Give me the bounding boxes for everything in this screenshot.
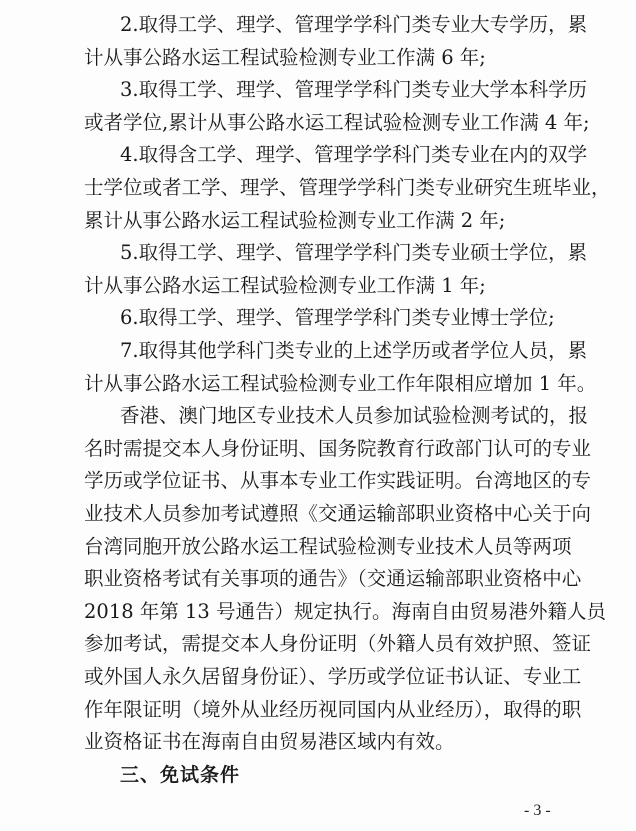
para-line-10: 作年限证明（境外从业经历视同国内从业经历），取得的职 (84, 695, 554, 725)
item-4-line-1: 4.取得含工学、理学、管理学学科门类专业在内的双学 (120, 140, 554, 170)
item-7-line-2: 计从事公路水运工程试验检测专业工作年限相应增加 1 年。 (84, 369, 554, 399)
para-line-11: 业资格证书在海南自由贸易港区域内有效。 (84, 727, 554, 757)
para-line-2: 名时需提交本人身份证明、国务院教育行政部门认可的专业 (84, 434, 554, 464)
para-line-5: 台湾同胞开放公路水运工程试验检测专业技术人员等两项 (84, 532, 554, 562)
para-line-7: 2018 年第 13 号通告）规定执行。海南自由贸易港外籍人员 (84, 597, 554, 627)
page-number: - 3 - (524, 801, 551, 821)
item-4-line-3: 累计从事公路水运工程试验检测专业工作满 2 年; (84, 206, 554, 236)
section-heading: 三、免试条件 (120, 760, 240, 790)
item-7-line-1: 7.取得其他学科门类专业的上述学历或者学位人员，累 (120, 336, 554, 366)
item-3-line-1: 3.取得工学、理学、管理学学科门类专业大学本科学历 (120, 75, 554, 105)
para-line-1: 香港、澳门地区专业技术人员参加试验检测考试的，报 (120, 401, 554, 431)
para-line-8: 参加考试，需提交本人身份证明（外籍人员有效护照、签证 (84, 629, 554, 659)
item-6-line-1: 6.取得工学、理学、管理学学科门类专业博士学位; (120, 303, 554, 333)
item-5-line-2: 计从事公路水运工程试验检测专业工作满 1 年; (84, 271, 554, 301)
para-line-6: 职业资格考试有关事项的通告》（交通运输部职业资格中心 (84, 564, 554, 594)
document-page: 2.取得工学、理学、管理学学科门类专业大专学历，累 计从事公路水运工程试验检测专… (0, 0, 636, 831)
item-5-line-1: 5.取得工学、理学、管理学学科门类专业硕士学位，累 (120, 238, 554, 268)
para-line-4: 业技术人员参加考试遵照《交通运输部职业资格中心关于向 (84, 499, 554, 529)
item-4-line-2: 士学位或者工学、理学、管理学学科门类专业研究生班毕业， (84, 173, 554, 203)
item-2-line-1: 2.取得工学、理学、管理学学科门类专业大专学历，累 (120, 10, 554, 40)
para-line-9: 或外国人永久居留身份证）、学历或学位证书认证、专业工 (84, 662, 554, 692)
item-2-line-2: 计从事公路水运工程试验检测专业工作满 6 年; (84, 43, 554, 73)
item-3-line-2: 或者学位,累计从事公路水运工程试验检测专业工作满 4 年; (84, 108, 554, 138)
para-line-3: 学历或学位证书、从事本专业工作实践证明。台湾地区的专 (84, 466, 554, 496)
